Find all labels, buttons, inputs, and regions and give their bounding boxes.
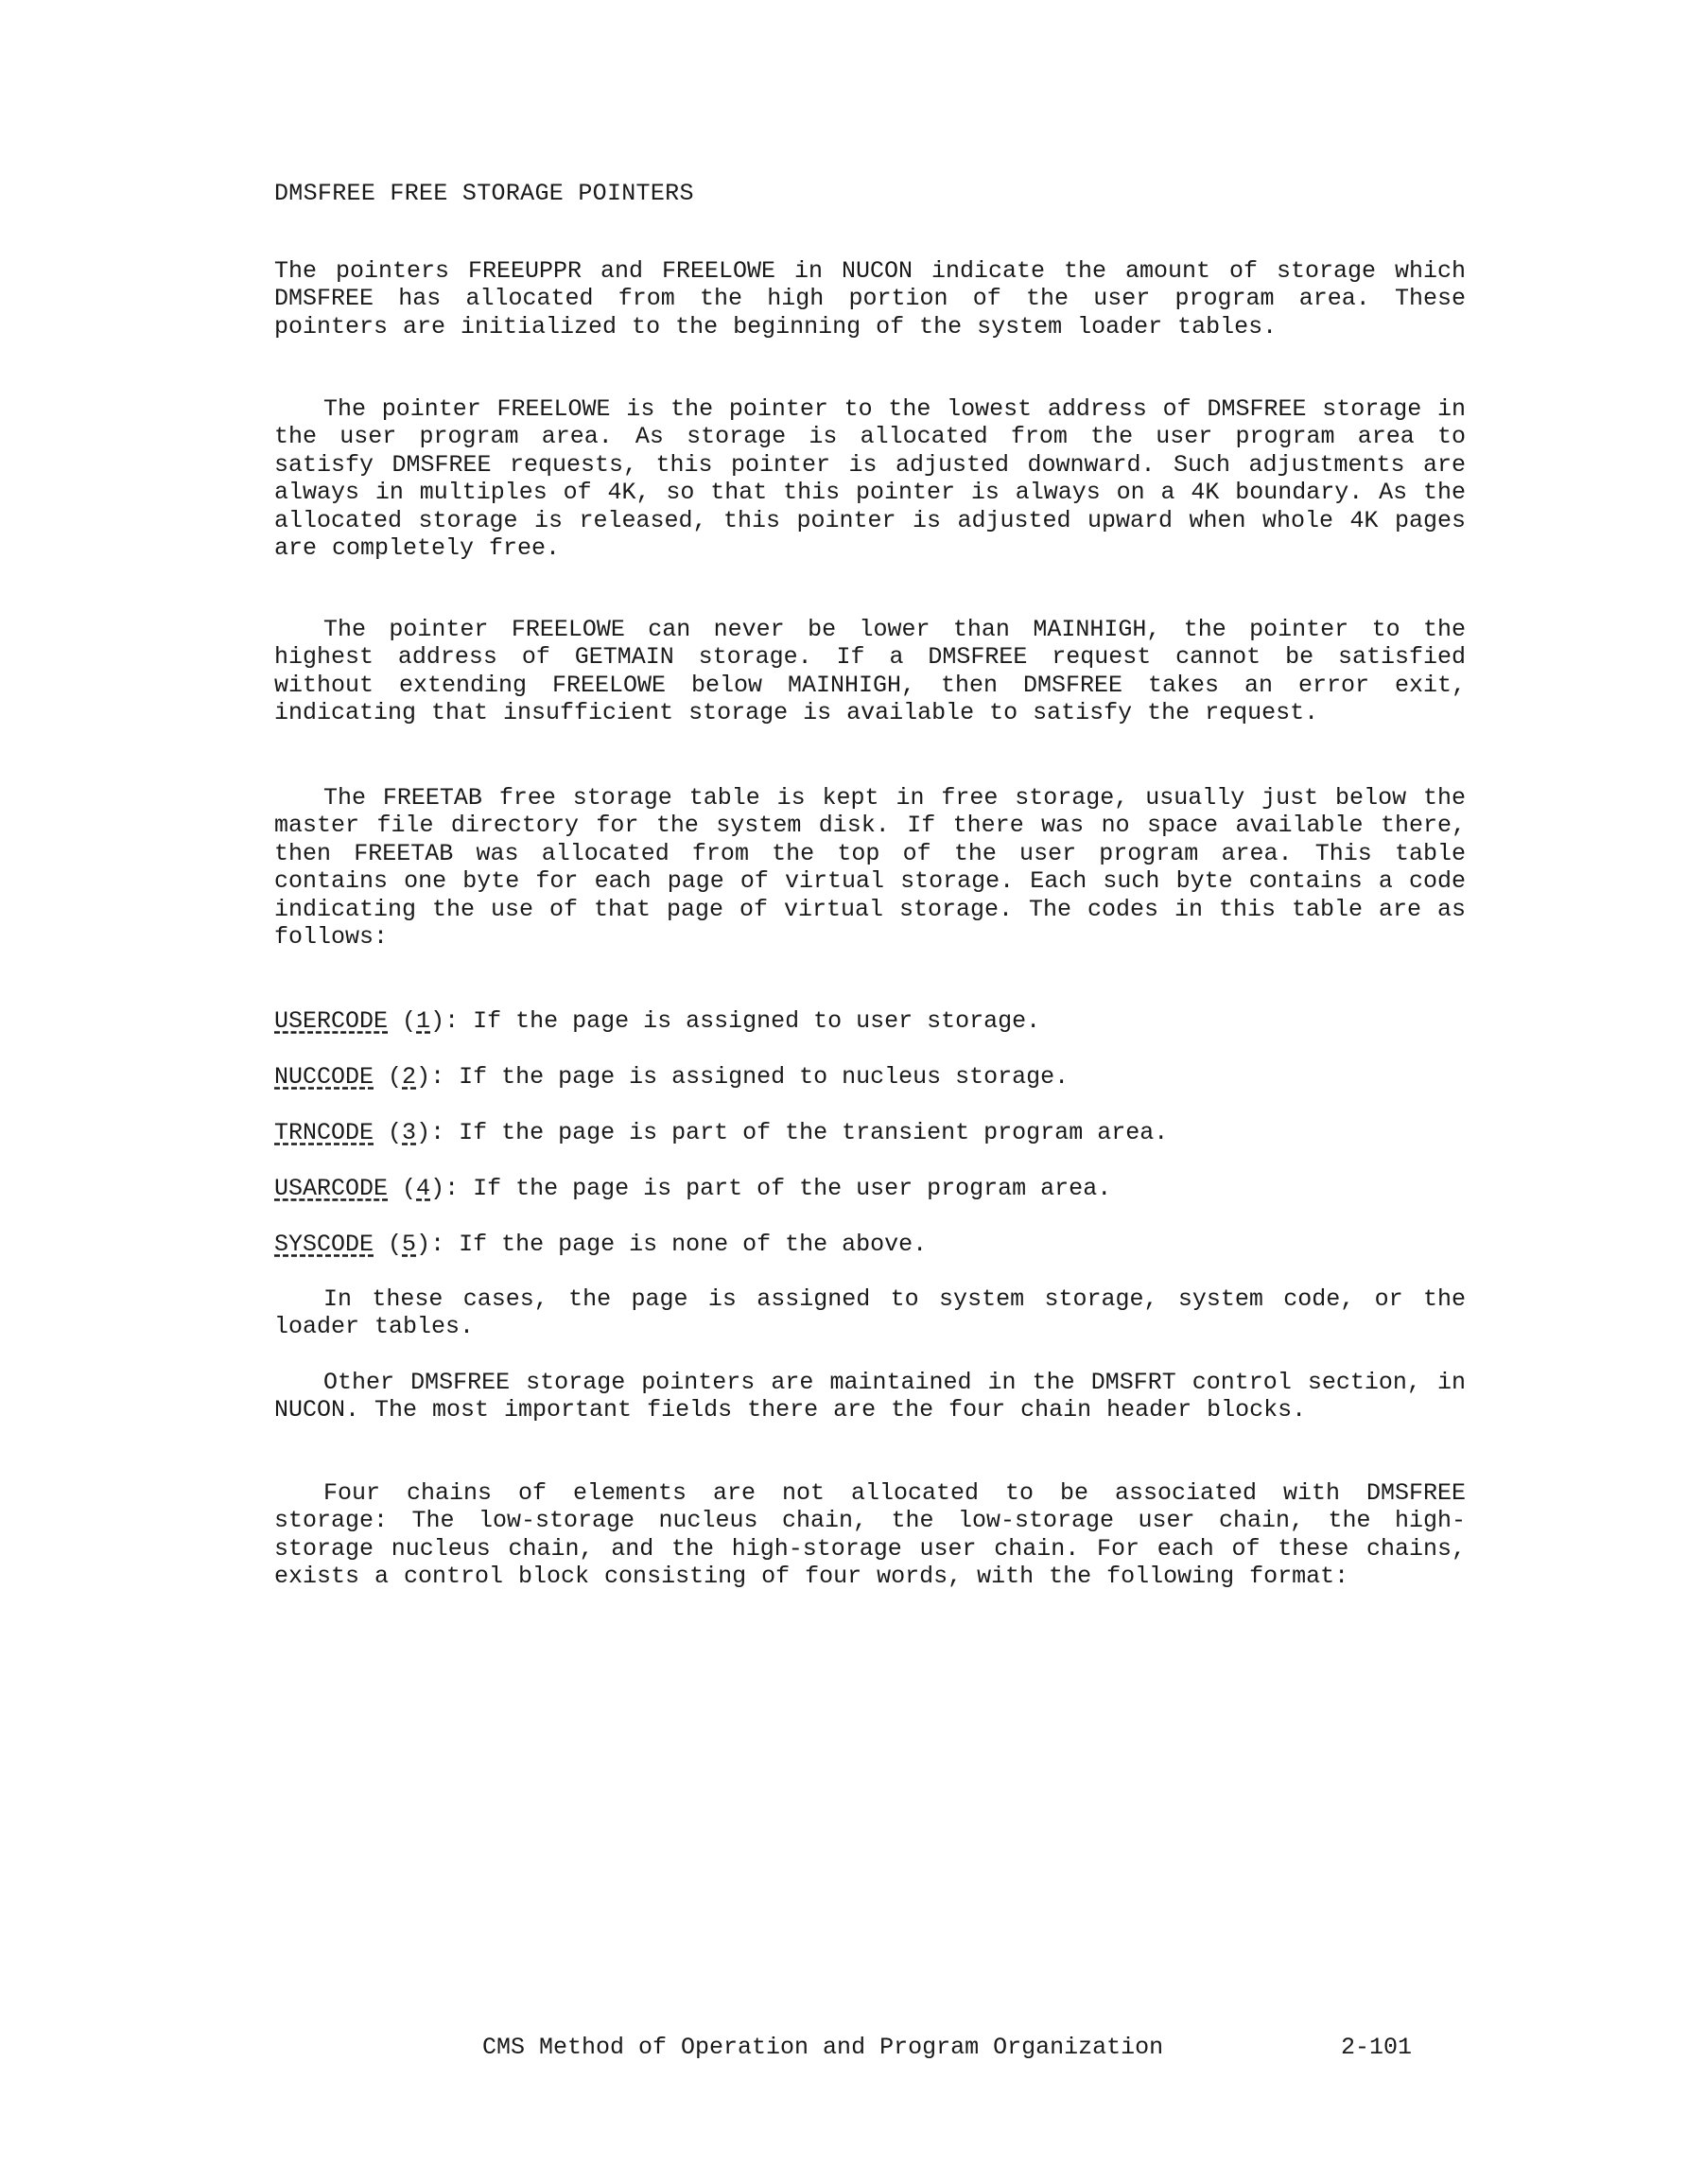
paragraph-text: Four chains of elements are not allocate…	[274, 1479, 1466, 1590]
code-number: 2	[402, 1063, 416, 1091]
paragraph-text: The pointer FREELOWE can never be lower …	[274, 616, 1466, 726]
code-number: 1	[416, 1007, 430, 1035]
paragraph-text: The FREETAB free storage table is kept i…	[274, 784, 1466, 951]
paragraph-text: In these cases, the page is assigned to …	[274, 1285, 1466, 1340]
code-item-syscode: SYSCODE (5): If the page is none of the …	[274, 1231, 927, 1258]
code-name: USERCODE	[274, 1007, 388, 1035]
code-name: SYSCODE	[274, 1231, 374, 1258]
code-name: USARCODE	[274, 1175, 388, 1202]
paragraph-freelowe-pointer: The pointer FREELOWE is the pointer to t…	[274, 395, 1466, 562]
code-item-usarcode: USARCODE (4): If the page is part of the…	[274, 1175, 1111, 1202]
paragraph-freetab: The FREETAB free storage table is kept i…	[274, 784, 1466, 951]
paragraph-four-chains: Four chains of elements are not allocate…	[274, 1479, 1466, 1591]
paragraph-dmsfrt: Other DMSFREE storage pointers are maint…	[274, 1369, 1466, 1424]
code-description: : If the page is part of the user progra…	[444, 1175, 1111, 1202]
paragraph-these-cases: In these cases, the page is assigned to …	[274, 1285, 1466, 1341]
code-item-trncode: TRNCODE (3): If the page is part of the …	[274, 1119, 1168, 1146]
code-item-usercode: USERCODE (1): If the page is assigned to…	[274, 1007, 1040, 1035]
code-number: 4	[416, 1175, 430, 1202]
code-name: NUCCODE	[274, 1063, 374, 1091]
code-item-nuccode: NUCCODE (2): If the page is assigned to …	[274, 1063, 1069, 1091]
code-name: TRNCODE	[274, 1119, 374, 1146]
code-description: : If the page is none of the above.	[430, 1231, 927, 1258]
code-description: : If the page is assigned to user storag…	[444, 1007, 1040, 1035]
code-number: 3	[402, 1119, 416, 1146]
section-heading: DMSFREE FREE STORAGE POINTERS	[274, 180, 694, 207]
paragraph-mainhigh: The pointer FREELOWE can never be lower …	[274, 616, 1466, 727]
code-description: : If the page is assigned to nucleus sto…	[430, 1063, 1069, 1091]
page-number: 2-101	[1341, 2034, 1412, 2061]
code-number: 5	[402, 1231, 416, 1258]
code-description: : If the page is part of the transient p…	[430, 1119, 1168, 1146]
paragraph-text: The pointer FREELOWE is the pointer to t…	[274, 395, 1466, 562]
page-footer-title: CMS Method of Operation and Program Orga…	[482, 2034, 1163, 2061]
paragraph-freeuppr-freelowe: The pointers FREEUPPR and FREELOWE in NU…	[274, 257, 1466, 341]
paragraph-text: Other DMSFREE storage pointers are maint…	[274, 1369, 1466, 1424]
paragraph-text: The pointers FREEUPPR and FREELOWE in NU…	[274, 257, 1466, 341]
